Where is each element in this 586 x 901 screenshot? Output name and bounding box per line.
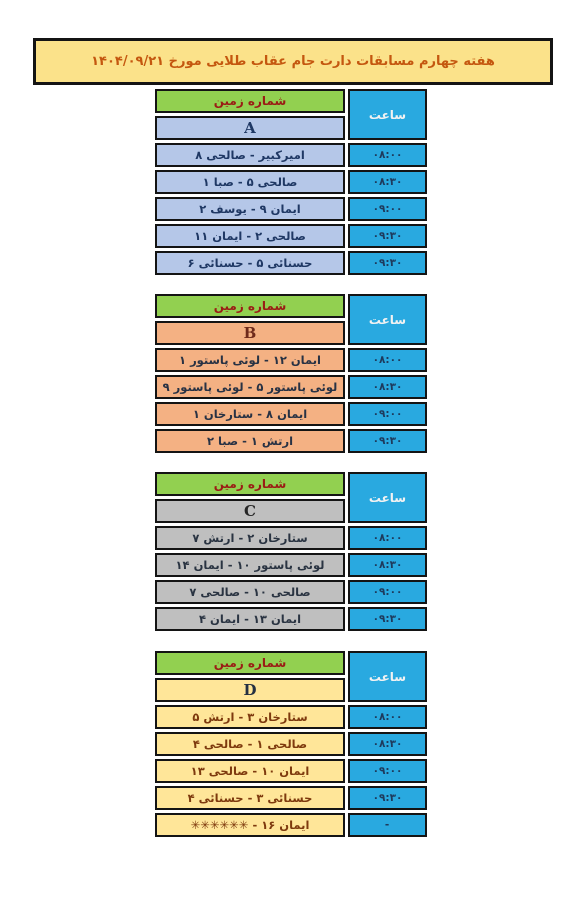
time-cell: ۰۹:۰۰: [348, 580, 427, 604]
match-cell: ستارخان ۳ - ارتش ۵: [155, 705, 345, 729]
ground-number-header: شماره زمین: [155, 651, 345, 675]
match-cell: لوئی پاستور ۱۰ - ایمان ۱۴: [155, 553, 345, 577]
time-header: ساعت: [348, 651, 427, 702]
match-cell: ارتش ۱ - صبا ۲: [155, 429, 345, 453]
match-cell: صالحی ۵ - صبا ۱: [155, 170, 345, 194]
match-cell: ایمان ۱۰ - صالحی ۱۳: [155, 759, 345, 783]
time-cell: ۰۹:۰۰: [348, 197, 427, 221]
match-cell: حسنائی ۵ - حسنائی ۶: [155, 251, 345, 275]
time-cell: ۰۸:۰۰: [348, 348, 427, 372]
match-cell: صالحی ۲ - ایمان ۱۱: [155, 224, 345, 248]
match-cell: ایمان ۸ - ستارخان ۱: [155, 402, 345, 426]
time-cell: ۰۸:۳۰: [348, 170, 427, 194]
schedule-table-D: شماره زمینDساعتستارخان ۳ - ارتش ۵۰۸:۰۰صا…: [155, 651, 427, 837]
title-banner: هفته چهارم مسابقات دارت جام عقاب طلایی م…: [33, 38, 553, 85]
ground-number-header: شماره زمین: [155, 472, 345, 496]
schedule-table-B: شماره زمینBساعتایمان ۱۲ - لوئی پاستور ۱۰…: [155, 294, 427, 453]
time-cell: ۰۹:۰۰: [348, 402, 427, 426]
table-letter-B: B: [155, 321, 345, 345]
time-cell: ۰۸:۳۰: [348, 732, 427, 756]
table-letter-C: C: [155, 499, 345, 523]
match-cell: ایمان ۹ - یوسف ۲: [155, 197, 345, 221]
match-cell: امیرکبیر - صالحی ۸: [155, 143, 345, 167]
match-cell: ستارخان ۲ - ارتش ۷: [155, 526, 345, 550]
time-cell: ۰۹:۳۰: [348, 786, 427, 810]
ground-number-header: شماره زمین: [155, 294, 345, 318]
match-cell: لوئی پاستور ۵ - لوئی پاستور ۹: [155, 375, 345, 399]
match-cell: ایمان ۱۶ - ✳✳✳✳✳✳: [155, 813, 345, 837]
schedule-table-A: شماره زمینAساعتامیرکبیر - صالحی ۸۰۸:۰۰صا…: [155, 89, 427, 275]
page-title: هفته چهارم مسابقات دارت جام عقاب طلایی م…: [91, 54, 495, 69]
match-cell: حسنائی ۳ - حسنائی ۴: [155, 786, 345, 810]
time-cell: -: [348, 813, 427, 837]
time-cell: ۰۸:۳۰: [348, 553, 427, 577]
table-letter-A: A: [155, 116, 345, 140]
time-cell: ۰۹:۳۰: [348, 224, 427, 248]
ground-number-header: شماره زمین: [155, 89, 345, 113]
match-cell: ایمان ۱۲ - لوئی پاستور ۱: [155, 348, 345, 372]
time-cell: ۰۸:۰۰: [348, 526, 427, 550]
time-header: ساعت: [348, 294, 427, 345]
time-cell: ۰۹:۳۰: [348, 251, 427, 275]
time-cell: ۰۸:۰۰: [348, 705, 427, 729]
match-cell: صالحی ۱ - صالحی ۴: [155, 732, 345, 756]
time-cell: ۰۸:۳۰: [348, 375, 427, 399]
match-cell: ایمان ۱۳ - ایمان ۴: [155, 607, 345, 631]
time-cell: ۰۹:۳۰: [348, 429, 427, 453]
time-cell: ۰۹:۰۰: [348, 759, 427, 783]
time-cell: ۰۸:۰۰: [348, 143, 427, 167]
match-cell: صالحی ۱۰ - صالحی ۷: [155, 580, 345, 604]
schedule-table-C: شماره زمینCساعتستارخان ۲ - ارتش ۷۰۸:۰۰لو…: [155, 472, 427, 631]
time-cell: ۰۹:۳۰: [348, 607, 427, 631]
table-letter-D: D: [155, 678, 345, 702]
time-header: ساعت: [348, 472, 427, 523]
time-header: ساعت: [348, 89, 427, 140]
